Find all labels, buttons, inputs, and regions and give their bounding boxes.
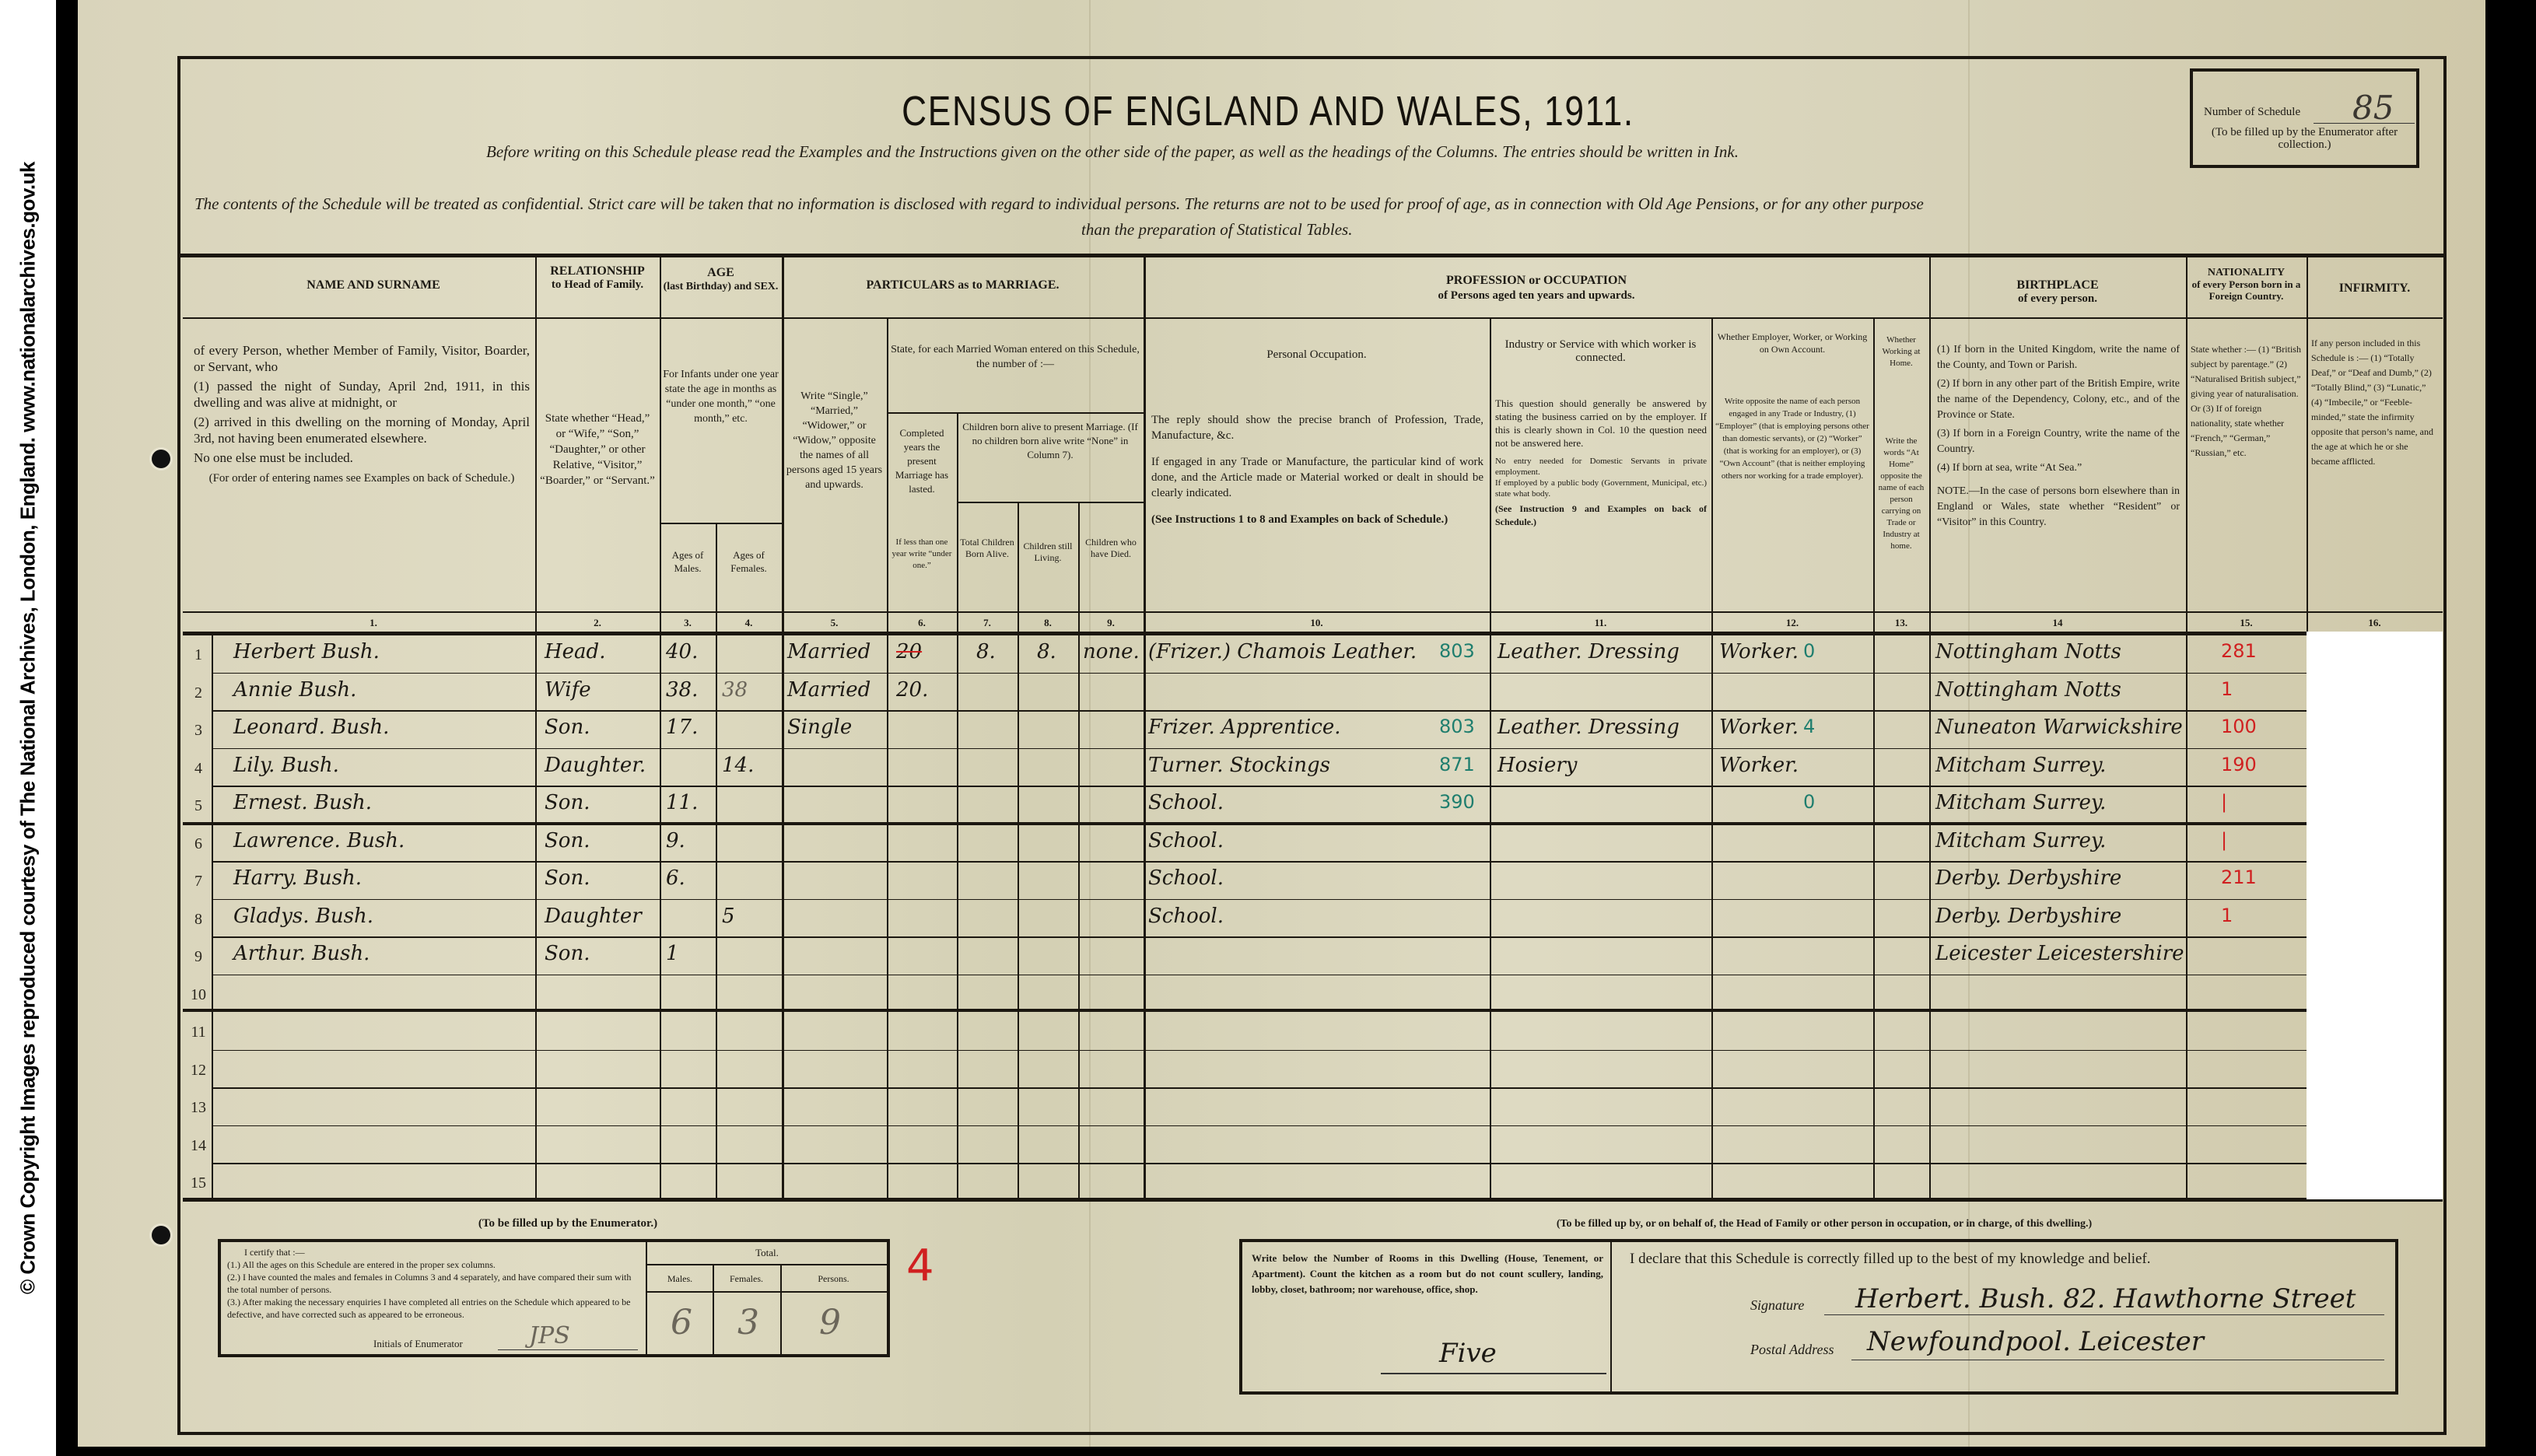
age-subheader-line	[660, 523, 782, 524]
col-divider	[535, 257, 537, 1198]
cell-name: Lawrence. Bush.	[233, 829, 405, 852]
address-label: Postal Address	[1750, 1342, 1834, 1358]
cell-rel: Head.	[545, 640, 605, 663]
confidential-line-2: than the preparation of Statistical Tabl…	[1081, 220, 1352, 240]
cell-name: Leonard. Bush.	[233, 716, 389, 739]
header-birthplace-title: BIRTHPLACE	[1929, 278, 2186, 292]
header-age-males: Ages of Males.	[660, 548, 716, 575]
header-text: No one else must be included.	[194, 450, 530, 466]
cell-occupation: School.	[1148, 866, 1224, 890]
row-number: 7	[185, 873, 212, 891]
row-line	[212, 899, 2443, 901]
row-line	[212, 748, 2443, 750]
males-label: Males.	[647, 1272, 713, 1286]
col-divider	[1144, 257, 1146, 1198]
header-text: (1) If born in the United Kingdom, write…	[1937, 342, 2180, 373]
col-divider	[1490, 317, 1491, 1198]
cell-rel: Son.	[545, 716, 590, 739]
col-number: 10.	[1144, 614, 1490, 632]
red-mark: 4	[906, 1241, 934, 1291]
col-number: 4.	[716, 614, 782, 632]
row-number: 15	[185, 1174, 212, 1192]
row-number: 5	[185, 797, 212, 815]
col-divider	[1018, 502, 1019, 1198]
row-line	[212, 710, 2443, 712]
form-title: CENSUS OF ENGLAND AND WALES, 1911.	[228, 87, 2307, 135]
row-number: 9	[185, 948, 212, 966]
header-text: (2) arrived in this dwelling on the morn…	[194, 414, 530, 446]
cell-birthplace: Derby. Derbyshire	[1935, 866, 2121, 890]
col-number: 6.	[887, 614, 957, 632]
cell-age-f: 5	[722, 905, 735, 928]
row-number: 6	[185, 835, 212, 853]
cell-status: Worker.	[1719, 640, 1799, 663]
row-line	[212, 673, 2443, 674]
cell-age-f: 14.	[722, 754, 754, 777]
header-birthplace-body: (1) If born in the United Kingdom, write…	[1934, 342, 2183, 530]
header-text: This question should generally be answer…	[1495, 397, 1707, 450]
cell-age-m: 9.	[666, 829, 685, 852]
cell-occupation: Turner. Stockings	[1148, 754, 1330, 777]
header-occupation-title: PROFESSION or OCCUPATION	[1144, 274, 1929, 287]
header-infirmity-body: If any person included in this Schedule …	[2308, 336, 2442, 469]
col-number: 3.	[660, 614, 716, 632]
row-number: 4	[185, 760, 212, 778]
table-top-rule	[177, 254, 2447, 257]
initials-label: Initials of Enumerator	[373, 1338, 463, 1350]
col-divider	[1078, 502, 1080, 1198]
cell-living: 8.	[1037, 640, 1056, 663]
header-occupation-sub: of Persons aged ten years and upwards.	[1144, 289, 1929, 303]
header-col10-body: The reply should show the precise branch…	[1148, 412, 1487, 527]
cell-occupation: School.	[1148, 829, 1224, 852]
header-divider	[183, 317, 2443, 319]
total-label: Total.	[647, 1246, 887, 1259]
header-text: No entry needed for Domestic Servants in…	[1495, 456, 1707, 478]
row5-rule	[183, 822, 2443, 825]
col-number: 7.	[957, 614, 1018, 632]
cell-rel: Daughter	[545, 905, 642, 928]
col-divider	[212, 632, 213, 1198]
header-name-title: NAME AND SURNAME	[212, 278, 535, 292]
header-text: (1) passed the night of Sunday, April 2n…	[194, 378, 530, 411]
punch-hole	[152, 1226, 170, 1244]
cell-status-mark: 0	[1803, 640, 1815, 662]
cell-age-m: 11.	[666, 791, 698, 814]
cell-years: 20.	[896, 678, 928, 702]
cell-status: Worker.	[1719, 716, 1799, 739]
certify-text: (2.) I have counted the males and female…	[227, 1271, 639, 1296]
header-relationship-title: RELATIONSHIP	[535, 264, 660, 278]
data-top-rule	[183, 632, 2443, 635]
cell-status: Worker.	[1719, 754, 1799, 777]
row-number: 14	[185, 1137, 212, 1155]
cell-occupation: Frizer. Apprentice.	[1148, 716, 1341, 739]
cell-industry: Leather. Dressing	[1497, 640, 1680, 663]
header-age-body: For Infants under one year state the age…	[660, 367, 782, 426]
enumerator-heading: (To be filled up by the Enumerator.)	[179, 1217, 957, 1230]
certify-text: I certify that :—	[227, 1246, 639, 1258]
col-number: 5.	[782, 614, 887, 632]
cell-nat-code: |	[2221, 829, 2227, 851]
cell-occupation: School.	[1148, 791, 1224, 814]
col-number: 13.	[1873, 614, 1929, 632]
instructions-line: Before writing on this Schedule please r…	[486, 142, 1739, 162]
header-relationship-sub: to Head of Family.	[535, 278, 660, 292]
rooms-instruction: Write below the Number of Rooms in this …	[1249, 1251, 1606, 1297]
row-line	[212, 861, 2443, 863]
cell-status-mark: 4	[1803, 716, 1815, 737]
cell-rel: Son.	[545, 829, 590, 852]
header-text: If engaged in any Trade or Manufacture, …	[1151, 454, 1483, 501]
cell-birthplace: Mitcham Surrey.	[1935, 754, 2106, 777]
cell-name: Annie Bush.	[233, 678, 356, 702]
header-married-woman: State, for each Married Woman entered on…	[887, 342, 1144, 372]
cell-nat-code: 1	[2221, 905, 2233, 926]
cell-occupation: (Frizer.) Chamois Leather.	[1148, 640, 1417, 663]
cell-birthplace: Nottingham Notts	[1935, 640, 2121, 663]
header-nationality-sub: of every Person born in a Foreign Countr…	[2186, 278, 2307, 302]
header-col11-body: This question should generally be answer…	[1492, 397, 1710, 529]
punch-hole	[152, 450, 170, 468]
header-col13-title: Whether Working at Home.	[1873, 334, 1929, 369]
header-col5: Write “Single,” “Married,” “Widower,” or…	[782, 389, 887, 492]
header-text: (4) If born at sea, write “At Sea.”	[1937, 460, 2180, 476]
cell-nat-code: 211	[2221, 866, 2257, 888]
row-number: 1	[185, 646, 212, 664]
enumerator-certification: I certify that :— (1.) All the ages on t…	[227, 1246, 639, 1321]
col-number: 15.	[2186, 614, 2307, 632]
header-text: (3) If born in a Foreign Country, write …	[1937, 426, 2180, 457]
row-number: 13	[185, 1099, 212, 1117]
row-line	[212, 936, 2443, 938]
header-col11-title: Industry or Service with which worker is…	[1490, 338, 1711, 365]
col-number: 1.	[212, 614, 535, 632]
header-text: (2) If born in any other part of the Bri…	[1937, 376, 2180, 423]
cell-birthplace: Mitcham Surrey.	[1935, 791, 2106, 814]
header-text: The reply should show the precise branch…	[1151, 412, 1483, 443]
row10-rule	[183, 1009, 2443, 1012]
header-text: (For order of entering names see Example…	[194, 471, 530, 487]
row-number: 8	[185, 911, 212, 929]
header-col12-body: Write opposite the name of each person e…	[1711, 395, 1873, 482]
header-birthplace-sub: of every person.	[1929, 292, 2186, 306]
header-age-females: Ages of Females.	[716, 548, 782, 575]
persons-total: 9	[819, 1303, 841, 1342]
cell-occ-code: 390	[1439, 791, 1475, 813]
householder-divider	[1610, 1242, 1612, 1391]
header-infirmity-title: INFIRMITY.	[2307, 282, 2443, 295]
cell-nat-code: 1	[2221, 678, 2233, 700]
cell-name: Arthur. Bush.	[233, 942, 370, 965]
header-children: Children born alive to present Marriage.…	[957, 420, 1144, 462]
row-number: 2	[185, 684, 212, 702]
cell-age-f: 38	[722, 678, 748, 702]
signature-label: Signature	[1750, 1297, 1804, 1314]
cell-age-m: 1	[666, 942, 679, 965]
cell-birthplace: Derby. Derbyshire	[1935, 905, 2121, 928]
row-number: 11	[185, 1024, 212, 1041]
header-col12-title: Whether Employer, Worker, or Working on …	[1711, 331, 1873, 355]
header-text: (See Instructions 1 to 8 and Examples on…	[1151, 512, 1483, 527]
cell-died: none.	[1083, 640, 1140, 663]
initials-line	[498, 1349, 638, 1350]
header-col9: Children who have Died.	[1078, 537, 1144, 560]
header-text: (See Instruction 9 and Examples on back …	[1495, 502, 1707, 529]
row-line	[212, 1087, 2443, 1089]
females-label: Females.	[713, 1272, 780, 1286]
rooms-line	[1381, 1373, 1606, 1374]
cell-nat-code: 100	[2221, 716, 2257, 737]
header-col13-body: Write the words “At Home” opposite the n…	[1873, 436, 1929, 552]
table-bottom-rule	[183, 1198, 2443, 1202]
copyright-strip: © Crown Copyright Images reproduced cour…	[0, 0, 56, 1456]
row-line	[212, 975, 2443, 976]
cell-industry: Hosiery	[1497, 754, 1578, 777]
schedule-number-value: 85	[2352, 89, 2394, 127]
cell-nat-code: |	[2221, 791, 2227, 813]
header-col6-note: If less than one year write “under one.”	[887, 537, 957, 572]
cell-name: Gladys. Bush.	[233, 905, 373, 928]
colnum-divider	[183, 611, 2443, 613]
cell-marital: Single	[787, 716, 852, 739]
col-number: 2.	[535, 614, 660, 632]
householder-heading: (To be filled up by, or on behalf of, th…	[1221, 1217, 2427, 1230]
header-col6: Completed years the present Marriage has…	[887, 426, 957, 496]
header-age-sub: (last Birthday) and SEX.	[660, 280, 782, 293]
postal-address: Newfoundpool. Leicester	[1867, 1326, 2204, 1357]
cell-born: 8.	[976, 640, 996, 663]
cell-age-m: 17.	[666, 716, 698, 739]
declaration: I declare that this Schedule is correctl…	[1630, 1251, 2151, 1268]
cell-name: Ernest. Bush.	[233, 791, 372, 814]
schedule-number-note: (To be filled up by the Enumerator after…	[2198, 126, 2412, 151]
row-line	[212, 786, 2443, 787]
header-text: of every Person, whether Member of Famil…	[194, 342, 530, 375]
header-marriage-title: PARTICULARS as to MARRIAGE.	[782, 278, 1144, 292]
persons-label: Persons.	[780, 1272, 887, 1286]
col-number: 9.	[1078, 614, 1144, 632]
cell-years: 20	[896, 640, 922, 663]
cell-occ-code: 871	[1439, 754, 1475, 775]
cell-name: Harry. Bush.	[233, 866, 362, 890]
header-text: NOTE.—In the case of persons born elsewh…	[1937, 484, 2180, 530]
header-relationship-body: State whether “Head,” or “Wife,” “Son,” …	[537, 411, 658, 488]
col-number: 16.	[2307, 614, 2443, 632]
cell-nat-code: 281	[2221, 640, 2257, 662]
col-number: 14	[1929, 614, 2186, 632]
cell-birthplace: Leicester Leicestershire	[1935, 942, 2184, 965]
certify-text: (3.) After making the necessary enquirie…	[227, 1296, 639, 1321]
row-line	[212, 1125, 2443, 1127]
row-line	[212, 1163, 2443, 1164]
header-col7: Total Children Born Alive.	[957, 537, 1018, 560]
cell-birthplace: Mitcham Surrey.	[1935, 829, 2106, 852]
cell-age-m: 40.	[666, 640, 698, 663]
address-line	[1851, 1360, 2384, 1360]
cell-rel: Daughter.	[545, 754, 646, 777]
col-divider	[957, 412, 958, 1198]
header-nationality-body: State whether :— (1) “British subject by…	[2187, 342, 2306, 460]
cell-marital: Married	[787, 640, 870, 663]
schedule-number-label: Number of Schedule	[2204, 106, 2300, 119]
marriage-subheader-line	[887, 412, 1144, 414]
rooms-count: Five	[1439, 1338, 1497, 1369]
cell-status-mark: 0	[1803, 791, 1815, 813]
header-text: If employed by a public body (Government…	[1495, 478, 1707, 499]
cell-name: Lily. Bush.	[233, 754, 339, 777]
row-number: 12	[185, 1062, 212, 1080]
cell-age-m: 38.	[666, 678, 698, 702]
schedule-number-box: Number of Schedule 85 (To be filled up b…	[2190, 68, 2419, 168]
row-number: 10	[185, 986, 212, 1004]
cell-rel: Son.	[545, 942, 590, 965]
header-age-title: AGE	[660, 266, 782, 279]
signature: Herbert. Bush. 82. Hawthorne Street	[1855, 1283, 2356, 1314]
confidential-line: The contents of the Schedule will be tre…	[194, 194, 1924, 214]
col-divider	[1929, 257, 1931, 1198]
col-number: 12.	[1711, 614, 1873, 632]
children-subheader-line	[957, 502, 1144, 503]
cell-marital: Married	[787, 678, 870, 702]
total-line	[647, 1291, 887, 1293]
col-number: 11.	[1490, 614, 1711, 632]
cell-birthplace: Nuneaton Warwickshire	[1935, 716, 2183, 739]
header-col8: Children still Living.	[1018, 541, 1078, 564]
signature-line	[1824, 1314, 2384, 1315]
cell-rel: Wife	[545, 678, 591, 702]
header-name-body: of every Person, whether Member of Famil…	[191, 342, 533, 487]
copyright-text: © Crown Copyright Images reproduced cour…	[16, 162, 40, 1294]
infirmity-redaction	[2307, 632, 2443, 1199]
cell-occ-code: 803	[1439, 640, 1475, 662]
row-line	[212, 1050, 2443, 1052]
cell-birthplace: Nottingham Notts	[1935, 678, 2121, 702]
cell-age-m: 6.	[666, 866, 685, 890]
cell-industry: Leather. Dressing	[1497, 716, 1680, 739]
enumerator-initials: JPS	[529, 1322, 570, 1349]
header-nationality-title: NATIONALITY	[2186, 266, 2307, 279]
col-number: 8.	[1018, 614, 1078, 632]
cell-name: Herbert Bush.	[233, 640, 380, 663]
cell-rel: Son.	[545, 866, 590, 890]
cell-occupation: School.	[1148, 905, 1224, 928]
certify-text: (1.) All the ages on this Schedule are e…	[227, 1258, 639, 1271]
cell-nat-code: 190	[2221, 754, 2257, 775]
females-total: 3	[737, 1303, 759, 1342]
row-number: 3	[185, 722, 212, 740]
cell-rel: Son.	[545, 791, 590, 814]
males-total: 6	[671, 1303, 692, 1342]
header-col10-title: Personal Occupation.	[1144, 348, 1490, 362]
cell-occ-code: 803	[1439, 716, 1475, 737]
total-line	[647, 1264, 887, 1265]
